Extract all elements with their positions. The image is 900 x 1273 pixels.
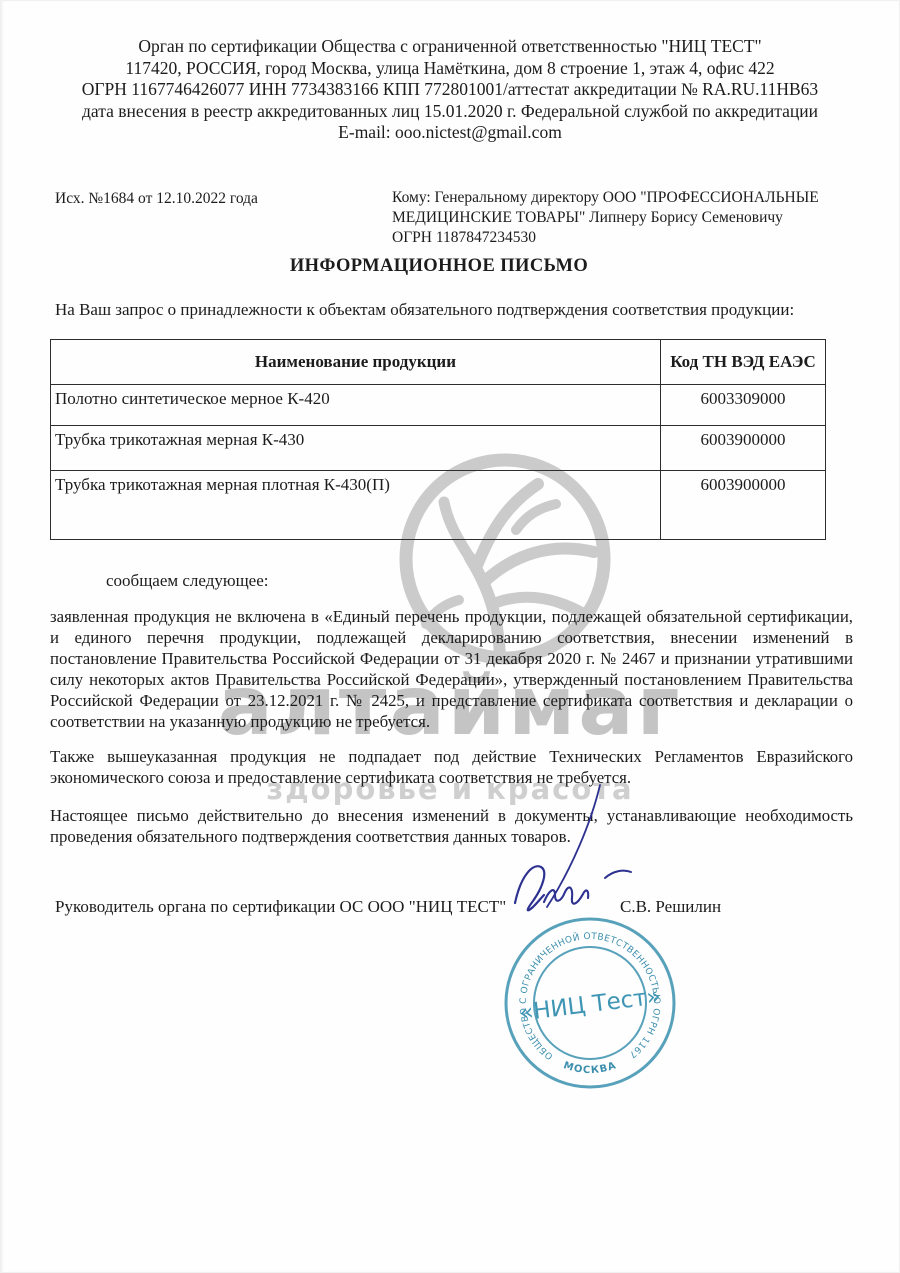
recipient-line: ОГРН 1187847234530 [392,228,842,248]
recipient-line: МЕДИЦИНСКИЕ ТОВАРЫ" Липнеру Борису Семен… [392,208,842,228]
intro-paragraph: На Ваш запрос о принадлежности к объекта… [55,300,855,320]
body-paragraph-2: Также вышеуказанная продукция не подпада… [50,747,853,789]
scanned-letter-page: алтаймаг здоровье и красота Орган по сер… [0,0,900,1273]
letterhead: Орган по сертификации Общества с огранич… [0,36,900,144]
column-header-tnved-code: Код ТН ВЭД ЕАЭС [660,340,825,385]
round-stamp: ОБЩЕСТВО С ОГРАНИЧЕННОЙ ОТВЕТСТВЕННОСТЬЮ… [500,913,680,1093]
table-row: Полотно синтетическое мерное К-420 60033… [51,385,826,426]
letterhead-email-line: E-mail: ooo.nictest@gmail.com [0,122,900,144]
table-row: Трубка трикотажная мерная К-430 60039000… [51,426,826,471]
document-title: ИНФОРМАЦИОННОЕ ПИСЬМО [0,256,878,277]
product-name-cell: Трубка трикотажная мерная К-430 [51,426,661,471]
letterhead-org-line: Орган по сертификации Общества с огранич… [0,36,900,58]
signature-role-line: Руководитель органа по сертификации ОС О… [55,897,506,917]
product-name-cell: Полотно синтетическое мерное К-420 [51,385,661,426]
recipient-block: Кому: Генеральному директору ООО "ПРОФЕС… [392,188,842,248]
letterhead-ogrn-line: ОГРН 1167746426077 ИНН 7734383166 КПП 77… [0,79,900,101]
body-paragraph-1: заявленная продукция не включена в «Един… [50,607,853,732]
product-name-cell: Трубка трикотажная мерная плотная К-430(… [51,471,661,540]
letterhead-accreditation-line: дата внесения в реестр аккредитованных л… [0,101,900,123]
column-header-product-name: Наименование продукции [51,340,661,385]
handwritten-signature [485,775,645,925]
outgoing-reference: Исх. №1684 от 12.10.2022 года [55,190,258,208]
tnved-code-cell: 6003900000 [660,426,825,471]
tnved-code-cell: 6003900000 [660,471,825,540]
products-table-wrapper: Наименование продукции Код ТН ВЭД ЕАЭС П… [50,339,826,540]
body-lead-line: сообщаем следующее: [106,571,269,591]
table-row: Трубка трикотажная мерная плотная К-430(… [51,471,826,540]
recipient-line: Кому: Генеральному директору ООО "ПРОФЕС… [392,188,842,208]
products-table: Наименование продукции Код ТН ВЭД ЕАЭС П… [50,339,826,540]
letterhead-address-line: 117420, РОССИЯ, город Москва, улица Намё… [0,58,900,80]
stamp-center-text: «НИЦ Тест» [518,983,662,1026]
table-header-row: Наименование продукции Код ТН ВЭД ЕАЭС [51,340,826,385]
body-paragraph-3: Настоящее письмо действительно до внесен… [50,806,853,848]
tnved-code-cell: 6003309000 [660,385,825,426]
